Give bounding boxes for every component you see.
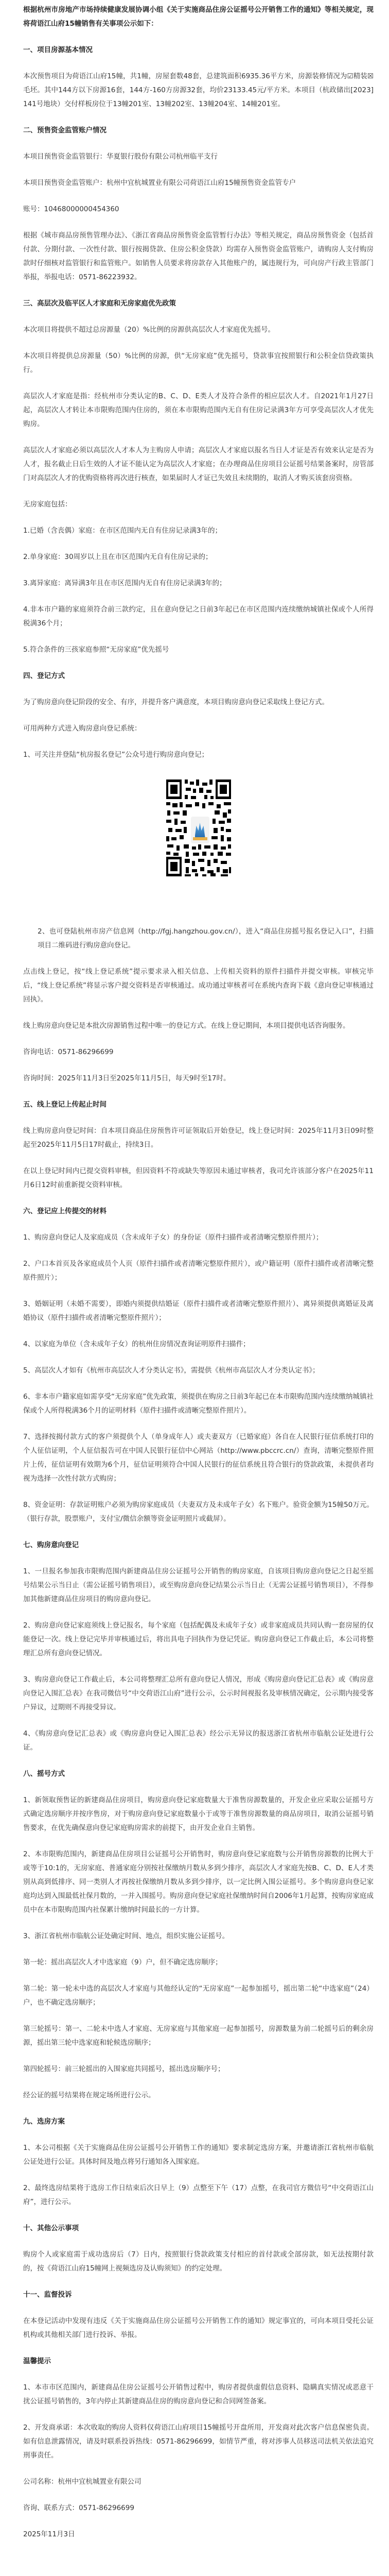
list-item: 4.非本市户籍的家庭须符合前三款约定，且在意向登记之日前3年起已在市区范围内连续… [23, 603, 374, 631]
section-4-paragraph: 点击线上登记，按“线上登记系统”提示要求录入相关信息、上传相关资料的原件扫描件并… [23, 965, 374, 1007]
list-item: 5.符合条件的三孩家庭参照“无房家庭”优先摇号 [23, 643, 374, 657]
section-11-paragraph: 在本登记活动中发现有违反《关于实施商品住房公证摇号公开销售工作的通知》规定事宜的… [23, 2314, 374, 2342]
supervising-account-name: 本项目预售资金监管账户：杭州中宜杭城置业有限公司荷语江山府15幢预售资金监管专户 [23, 176, 374, 190]
section-3-paragraph: 无房家庭包括： [23, 498, 374, 512]
section-4-paragraph: 2、也可登陆杭州市房产信息网（http://fgj.hangzhou.gov.c… [23, 925, 374, 953]
list-item: 1、一旦报名参加我市限购范围内新建商品住房公证摇号公开销售的购房家庭，自该项目购… [23, 1565, 374, 1606]
list-item: 1、新领取预售证的新建商品住房项目，购房意向登记家庭数量大于准售房源数量的，开发… [23, 1793, 374, 1835]
list-item: 1.已婚（含丧偶）家庭：在市区范围内无自有住房记录满3年的； [23, 524, 374, 538]
list-item: 6、非本市户籍家庭如需享受“无房家庭”优先政策，须提供在购房之日前3年起已在本市… [23, 1390, 374, 1418]
announcement-document: 根据杭州市房地产市场持续健康发展协调小组《关于实施商品住房公证摇号公开销售工作的… [0, 0, 389, 2574]
list-item: 5、高层次人才如有《杭州市高层次人才分类认定书》，需提供《杭州市高层次人才分类认… [23, 1364, 374, 1378]
list-item: 3.离异家庭：离异满3年且在市区范围内无自有住房记录满3年的； [23, 577, 374, 590]
publish-date: 2025年11月3日 [23, 2528, 374, 2541]
list-item: 8、资金证明：存款证明账户必须为购房家庭成员（夫妻双方及未成年子女）名下账户。验… [23, 1498, 374, 1526]
supervising-bank: 本项目预售资金监管银行：华夏银行股份有限公司杭州临平支行 [23, 150, 374, 164]
list-item: 2、最终选房结果将于选房工作日结束后次日早上（9）点整至下午（17）点整，在我司… [23, 2181, 374, 2209]
section-10-paragraph: 购房个人或家庭需于成功选房后（7）日内，按照银行贷款政策支付相应的首付款或全部房… [23, 2248, 374, 2276]
section-3-paragraph: 本次项目将提供不超过总房源量（20）%比例的房源供高层次人才家庭优先摇号。 [23, 323, 374, 337]
list-item: 1、购房意向登记人及家庭成员（含未成年子女）的身份证（原件扫描件或者清晰完整原件… [23, 1231, 374, 1245]
section-8-heading: 八、摇号方式 [23, 1767, 374, 1781]
section-1-paragraph: 本次预售项目为荷语江山府15幢，共1幢，房屋套数48套，总建筑面积6935.36… [23, 70, 374, 111]
account-number: 账号：10468000000454360 [23, 202, 374, 216]
list-item: 2、开发商承诺：本次收取的购房人资料仅荷语江山府项目15幢摇号开盘所用，开发商对… [23, 2421, 374, 2463]
lottery-round: 第一轮：摇出高层次人才中选家庭（9）户，但不确定选房顺序； [23, 1956, 374, 1970]
section-4-paragraph: 为了购房意向登记阶段的安全、有序，并提升客户满意度，本项目购房意向登记采取线上登… [23, 696, 374, 709]
section-2-paragraph: 根据《城市商品房预售管理办法》、《浙江省商品房预售资金监管暂行办法》等相关规定，… [23, 229, 374, 284]
qr-code-image [161, 772, 236, 884]
lottery-round: 第二轮：第一轮未中选的高层次人才家庭与其他经认定的“无房家庭”一起参加摇号，摇出… [23, 1982, 374, 2010]
section-7-heading: 七、购房意向登记 [23, 1538, 374, 1552]
intro-paragraph: 根据杭州市房地产市场持续健康发展协调小组《关于实施商品住房公证摇号公开销售工作的… [23, 3, 374, 31]
list-item: 3、浙江省杭州市临航公证处确定时间、地点，组织实施公证摇号。 [23, 1929, 374, 1943]
section-1-heading: 一、项目房源基本情况 [23, 43, 374, 57]
section-9-heading: 九、选房方案 [23, 2115, 374, 2129]
qr-code-container [23, 772, 374, 884]
list-item: 4、《购房意向登记汇总表》或《购房意向登记入围汇总表》经公示无异议的报送浙江省杭… [23, 1727, 374, 1755]
list-item: 3、婚姻证明（未婚不需要），即婚内须提供结婚证（原件扫描件或者清晰完整原件照片）… [23, 1297, 374, 1325]
list-item: 4、以家庭为单位（含未成年子女）的杭州住房情况查询证明原件扫描件； [23, 1337, 374, 1351]
section-6-heading: 六、登记应上传提交的材料 [23, 1205, 374, 1218]
section-4-heading: 四、登记方式 [23, 669, 374, 683]
section-2-heading: 二、预售资金监管账户情况 [23, 124, 374, 138]
section-3-heading: 三、高层次及临平区人才家庭和无房家庭优先政策 [23, 297, 374, 311]
list-item: 2、本市限购范围内，新建商品住房项目公证摇号公开销售时，购房意向登记家庭数与公开… [23, 1848, 374, 1917]
list-item: 3、购房意向登记工作截止后，本公司将整理汇总所有意向登记人情况，形成《购房意向登… [23, 1673, 374, 1715]
section-4-paragraph: 1、可关注并登陆“杭房报名登记”公众号进行购房意向登记； [23, 748, 374, 762]
lottery-round: 经公证的摇号结果将在规定场所进行公示。 [23, 2089, 374, 2103]
consult-time: 咨询时间：2025年11月3日至2025年11月5日，每天9时至17时。 [23, 1072, 374, 1086]
section-5-paragraph: 在以上登记时间内已提交资料审核，但因资料不符或缺失等原因未通过审核者，我司允许该… [23, 1164, 374, 1192]
lottery-round: 第四轮摇号：前三轮摇出的入围家庭共同摇号，摇出选房顺序号； [23, 2062, 374, 2076]
section-3-paragraph: 本次项目将提供总房源量（50）%比例的房源，供“无房家庭”优先摇号，贷款事宜按照… [23, 349, 374, 377]
company-name: 公司名称：杭州中宜杭城置业有限公司 [23, 2475, 374, 2489]
list-item: 1、本公司根据《关于实施商品住房公证摇号公开销售工作的通知》要求制定选房方案，并… [23, 2141, 374, 2169]
section-3-paragraph: 高层次人才家庭是指：经杭州市分类认定的B、C、D、E类人才及符合条件的相应层次人… [23, 389, 374, 431]
section-11-heading: 十一、监督投诉 [23, 2288, 374, 2302]
list-item: 1、本市市区范围内，新建商品住房公证摇号公开销售过程中，购房者提供虚假信息资料、… [23, 2381, 374, 2409]
lottery-round: 第三轮摇号：第一、二轮未中选人才家庭、无房家庭与其他家庭一起参加摇号，房源数量为… [23, 2022, 374, 2050]
section-5-heading: 五、线上登记上传起止时间 [23, 1098, 374, 1112]
section-10-heading: 十、其他公示事项 [23, 2222, 374, 2235]
consult-phone: 咨询电话：0571-86296699 [23, 1045, 374, 1059]
list-item: 7、选择按揭付款方式的客户须提供个人（单身成年人）或夫妻双方（已婚家庭）各自在人… [23, 1430, 374, 1486]
section-3-paragraph: 高层次人才家庭必须以高层次人才本人为主购房人申请；高层次人才家庭以报名当日人才证… [23, 444, 374, 485]
section-4-paragraph: 线上购房意向登记是本批次房源销售过程中唯一的登记方式。在线上登记期间，本项目提供… [23, 1019, 374, 1033]
qr-center-logo-icon [191, 817, 209, 843]
list-item: 2.单身家庭：30周岁以上且在市区范围内无自有住房记录的； [23, 550, 374, 564]
contact-info: 咨询、联系方式：0571-86296699 [23, 2501, 374, 2515]
list-item: 2、户口本首页及各家庭成员个人页（原件扫描件或者清晰完整原件照片），或户籍证明（… [23, 1257, 374, 1285]
section-5-paragraph: 线上购房意向登记时间：自本项目商品住房预售许可证领取后开始登记，线上登记时间：2… [23, 1124, 374, 1152]
tips-heading: 温馨提示 [23, 2354, 374, 2368]
section-4-paragraph: 可用两种方式进入购房意向登记系统： [23, 722, 374, 736]
list-item: 2、购房意向登记家庭须线上登记报名，每个家庭（包括配偶及未成年子女）或非家庭成员… [23, 1619, 374, 1660]
